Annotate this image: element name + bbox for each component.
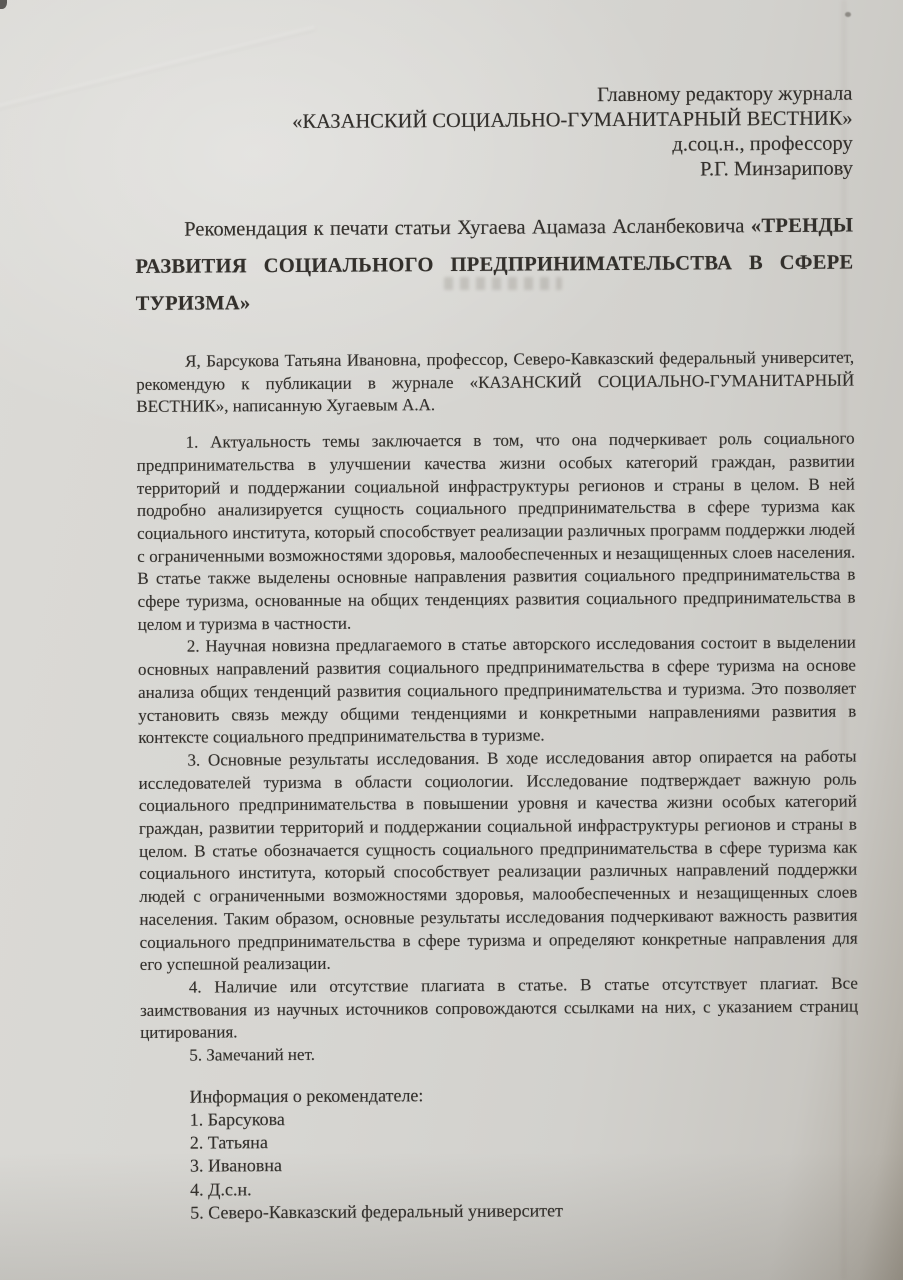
- paragraph-relevance: 1. Актуальность темы заключается в том, …: [137, 428, 856, 637]
- paragraph-results: 3. Основные результаты исследования. В х…: [138, 745, 857, 976]
- paragraph-remarks: 5. Замечаний нет.: [140, 1041, 858, 1068]
- addressee-line: Р.Г. Минзарипову: [135, 157, 853, 186]
- paragraph-novelty: 2. Научная новизна предлагаемого в стать…: [138, 632, 857, 750]
- document-content: Главному редактору журнала «КАЗАНСКИЙ СО…: [0, 0, 903, 1280]
- paragraph-plagiarism: 4. Наличие или отсутствие плагиата в ста…: [140, 973, 858, 1045]
- intro-paragraph: Я, Барсукова Татьяна Ивановна, профессор…: [136, 347, 854, 419]
- recommendation-title: Рекомендация к печати статьи Хугаева Аца…: [135, 208, 854, 323]
- letter-body: Я, Барсукова Татьяна Ивановна, профессор…: [136, 347, 858, 1068]
- title-lead: Рекомендация к печати статьи Хугаева Аца…: [184, 215, 744, 240]
- recommender-item: 5. Северо-Кавказский федеральный универс…: [190, 1197, 859, 1224]
- recommender-info: Информация о рекомендателе: 1. Барсукова…: [189, 1081, 859, 1224]
- document-page: Главному редактору журнала «КАЗАНСКИЙ СО…: [0, 0, 903, 1280]
- addressee-block: Главному редактору журнала «КАЗАНСКИЙ СО…: [134, 82, 853, 186]
